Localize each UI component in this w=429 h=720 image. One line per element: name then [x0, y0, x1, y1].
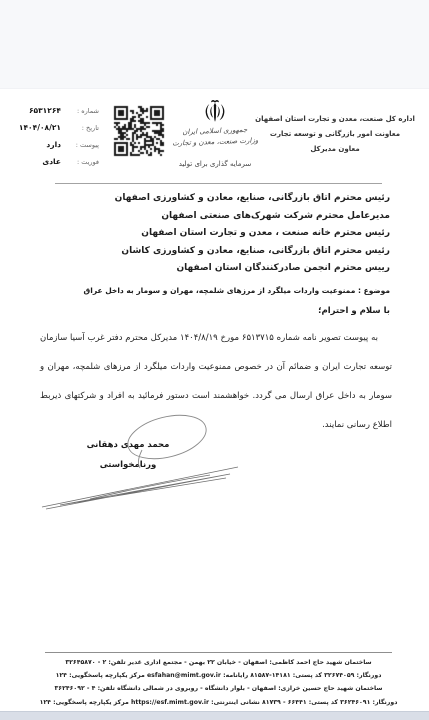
meta-row-urgency: فوریت : عادی — [9, 157, 99, 174]
recipient-line: رییس محترم انجمن صادرکنندگان استان اصفها… — [37, 260, 390, 278]
meta-label: شماره : — [65, 107, 99, 115]
ministry-slogan: سرمایه گذاری برای تولید — [163, 160, 267, 168]
letter-body: به پیوست تصویر نامه شماره ۶۵۱۳۷۱۵ مورخ ۱… — [40, 324, 392, 440]
meta-label: تاریخ : — [65, 124, 99, 132]
meta-value: ۶۵۳۱۲۶۴ — [29, 106, 61, 115]
salutation: با سلام و احترام؛ — [318, 306, 390, 316]
issuing-office-block: اداره کل صنعت، معدن و تجارت استان اصفهان… — [255, 112, 415, 157]
meta-row-date: تاریخ : ۱۴۰۴/۰۸/۲۱ — [9, 123, 99, 140]
ministry-calligraphy: جمهوری اسلامی ایران وزارت صنعت، معدن و ت… — [163, 124, 268, 150]
signer-name: محمد مهدی دهقانی — [78, 440, 178, 450]
letter-page: { "colors":{"paper":"#ffffff","top_band"… — [0, 0, 429, 720]
meta-row-number: شماره : ۶۵۳۱۲۶۴ — [9, 106, 99, 123]
header-divider — [55, 183, 382, 184]
qr-code-icon — [112, 104, 166, 158]
photo-bottom-strip — [0, 711, 429, 720]
recipient-line: رئیس محترم خانه صنعت ، معدن و تجارت استا… — [37, 225, 390, 243]
footer-line: ساختمان شهید حاج حسین خرازی: اصفهان - بل… — [30, 682, 407, 695]
meta-value: عادی — [42, 157, 61, 166]
photo-background-band — [0, 0, 429, 89]
meta-label: پیوست : — [65, 141, 99, 149]
footer-contact-block: ساختمان شهید حاج احمد کاظمی: اصفهان - خی… — [30, 656, 407, 709]
recipient-line: رئیس محترم اتاق بازرگانی، صنایع، معادن و… — [37, 243, 390, 261]
footer-line: ساختمان شهید حاج احمد کاظمی: اصفهان - خی… — [30, 656, 407, 669]
iran-national-emblem-icon — [201, 98, 229, 126]
meta-value: دارد — [46, 140, 61, 149]
footer-line: دورنگار: ۳۲۶۷۴۰۵۹ کد پستی: ۱۴۱۸۱-۸۱۵۸۷ ر… — [30, 669, 407, 682]
subject-line: موضوع : ممنوعیت واردات میلگرد از مرزهای … — [37, 286, 390, 295]
signer-name-second-line: ورنامخواستی — [78, 460, 178, 470]
recipient-line: رئیس محترم اتاق بازرگانی، صنایع، معادن و… — [37, 190, 390, 208]
meta-label: فوریت : — [65, 158, 99, 166]
meta-row-attachment: پیوست : دارد — [9, 140, 99, 157]
office-line: معاون مدیرکل — [255, 142, 415, 157]
office-line: معاونت امور بازرگانی و توسعه تجارت — [255, 127, 415, 142]
ministry-line: وزارت صنعت، معدن و تجارت — [163, 135, 267, 150]
footer-divider — [45, 652, 392, 653]
recipient-list: رئیس محترم اتاق بازرگانی، صنایع، معادن و… — [37, 190, 390, 278]
recipient-line: مدیرعامل محترم شرکت شهرک‌های صنعتی اصفها… — [37, 208, 390, 226]
office-line: اداره کل صنعت، معدن و تجارت استان اصفهان — [255, 112, 415, 127]
footer-line: دورنگار: ۳۶۲۴۶۰۹۱ کد پستی: ۶۶۴۴۱ - ۸۱۷۳۹… — [30, 696, 407, 709]
meta-value: ۱۴۰۴/۰۸/۲۱ — [19, 123, 61, 132]
letter-meta-fields: شماره : ۶۵۳۱۲۶۴ تاریخ : ۱۴۰۴/۰۸/۲۱ پیوست… — [9, 106, 99, 174]
